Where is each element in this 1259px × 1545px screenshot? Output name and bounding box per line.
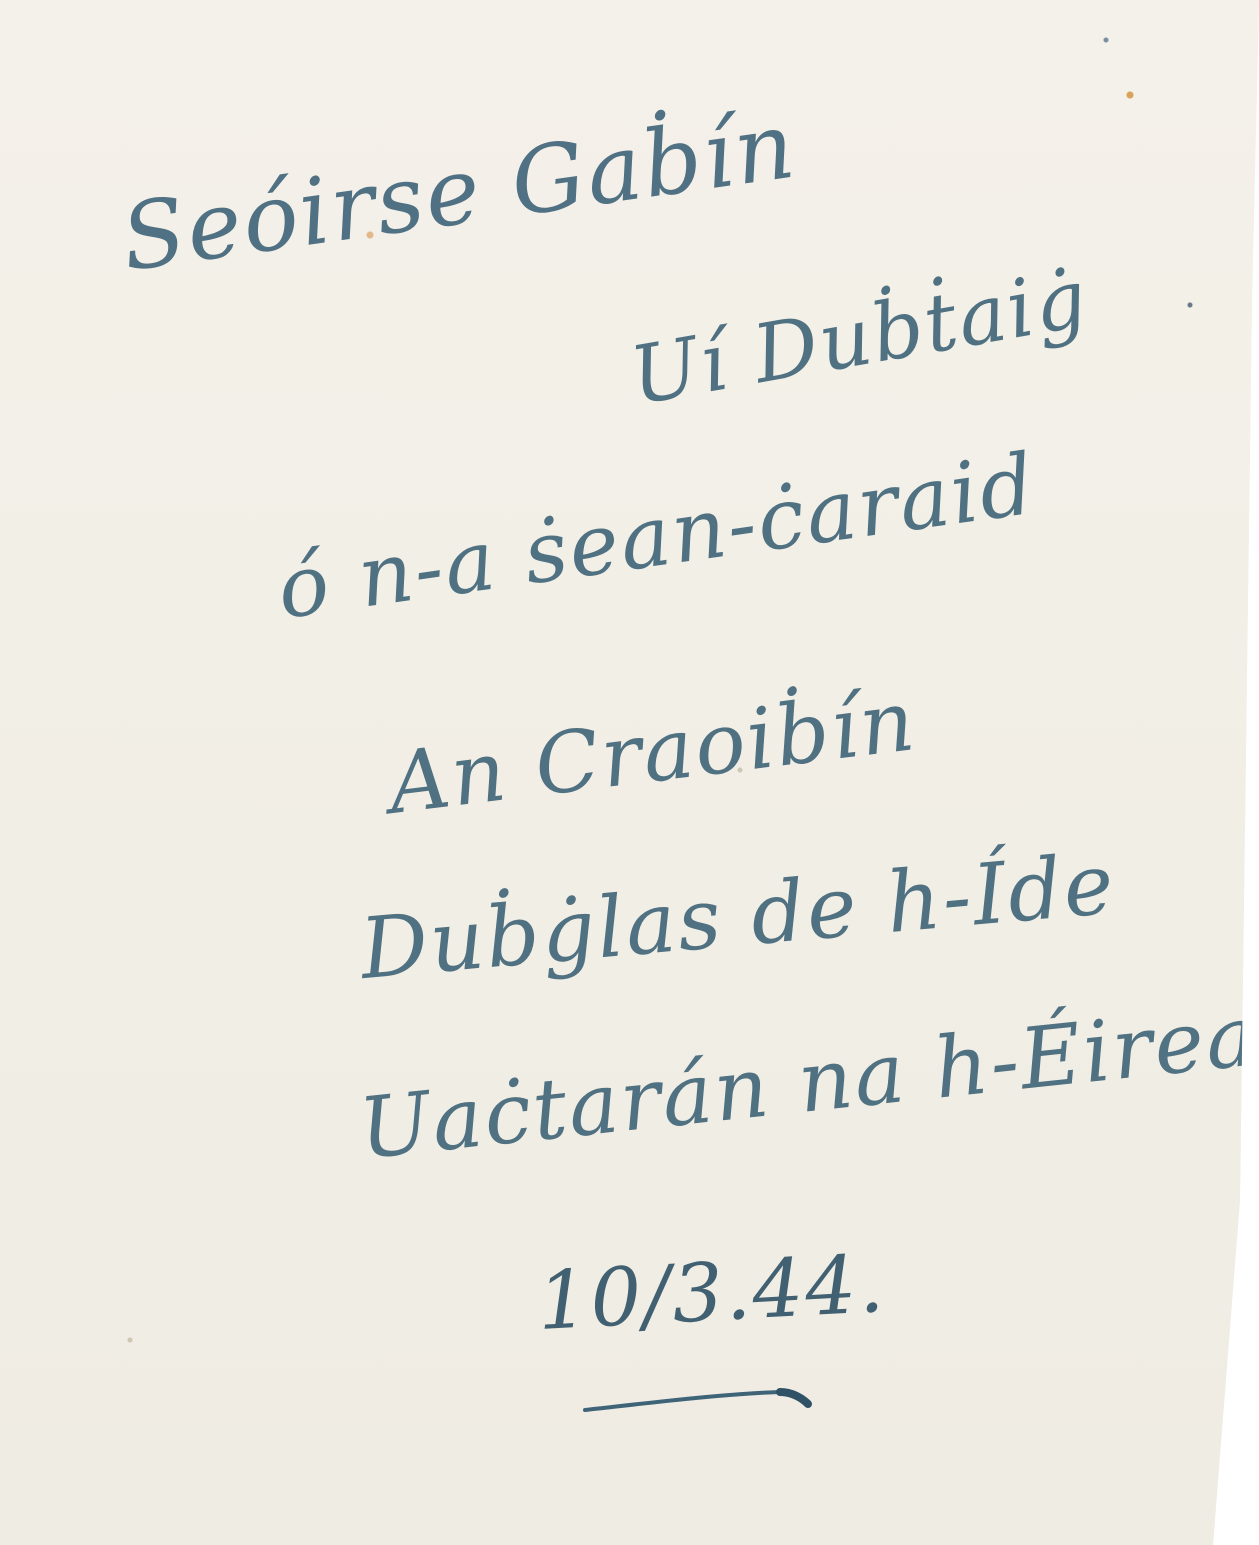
signature-pen-name: An Craoiḃín	[383, 671, 921, 833]
inscription-recipient-name: Seóirse Gaḃín	[115, 92, 802, 292]
inscription-date: 10/3.44.	[535, 1237, 888, 1348]
inscription-recipient-surname: Uí Duḃṫaiġ	[624, 251, 1095, 423]
underline-flourish-icon	[580, 1380, 820, 1420]
inscription-dedication: ó n-a ṡean-ċaraid	[271, 435, 1041, 638]
paper-sheet: Seóirse Gaḃín Uí Duḃṫaiġ ó n-a ṡean-ċara…	[0, 0, 1259, 1545]
signature-title: Uaċtarán na h-Éireann	[355, 974, 1259, 1178]
signature-name: Duḃġlas de h-Íde	[356, 834, 1119, 998]
